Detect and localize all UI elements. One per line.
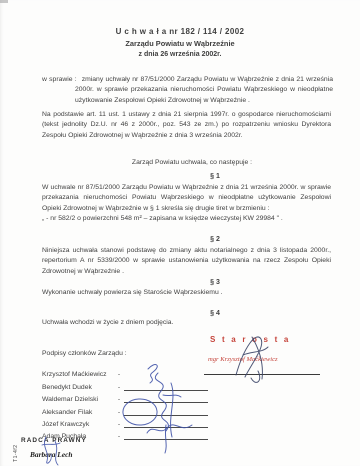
margin-reference-note: T1-4f2: [13, 445, 19, 462]
signature-line: [124, 370, 208, 378]
board-member-row: Krzysztof Maćkiewicz -: [42, 366, 212, 378]
signature-line: [124, 432, 208, 440]
dash: -: [114, 384, 124, 391]
section-2-text: Niniejsza uchwała stanowi podstawę do zm…: [42, 246, 331, 277]
dash: -: [114, 409, 124, 416]
resolution-date-title: z dnia 26 września 2002r.: [0, 51, 360, 58]
board-member-row: Benedykt Dudek -: [42, 378, 212, 390]
legal-counsel-stamp-name: Barbara Lech: [30, 450, 73, 459]
dash: -: [114, 421, 124, 428]
section-3-text: Wykonanie uchwały powierza się Staroście…: [42, 288, 331, 298]
subject-paragraph: w sprawie :zmiany uchwały nr 87/51/2000 …: [42, 75, 333, 106]
section-4-text: Uchwała wchodzi w życie z dniem podjęcia…: [42, 318, 331, 328]
board-member-name: Krzysztof Maćkiewicz: [42, 371, 114, 378]
signature-line: [124, 420, 208, 428]
issuing-body-title: Zarządu Powiatu w Wąbrzeźnie: [0, 39, 360, 48]
section-3-number: § 3: [150, 279, 280, 286]
dash: -: [114, 433, 124, 440]
dash: -: [114, 396, 124, 403]
board-member-name: Aleksander Filak: [42, 409, 114, 416]
board-member-row: Waldemar Dzielski -: [42, 391, 212, 403]
starosta-signature-line: [204, 374, 320, 375]
legal-basis-paragraph: Na podstawie art. 11 ust. 1 ustawy z dni…: [42, 110, 331, 141]
section-1-quote: „ - nr 582/2 o powierzchni 548 m² – zapi…: [42, 214, 331, 224]
signature-line: [124, 395, 208, 403]
enacting-formula: Zarząd Powiatu uchwala, co następuje :: [42, 158, 342, 168]
subject-text: zmiany uchwały nr 87/51/2000 Zarządu Pow…: [75, 76, 333, 104]
section-1-number: § 1: [150, 173, 280, 180]
board-signatures-list: Krzysztof Maćkiewicz - Benedykt Dudek - …: [42, 366, 212, 440]
signature-line: [124, 408, 208, 416]
document-header: U c h w a ł a nr 182 / 114 / 2002 Zarząd…: [0, 27, 360, 58]
legal-counsel-stamp-title: RADCA PRAWNY: [21, 437, 87, 444]
starosta-stamp-name: mgr Krzysztof Maćkiewicz: [208, 356, 278, 363]
board-member-row: Józef Krawczyk -: [42, 416, 212, 428]
board-member-name: Waldemar Dzielski: [42, 396, 114, 403]
dash: -: [114, 371, 124, 378]
signature-line: [124, 383, 208, 391]
board-member-name: Benedykt Dudek: [42, 384, 114, 391]
section-1-text: W uchwale nr 87/51/2000 Zarządu Powiatu …: [42, 183, 331, 214]
resolution-number-title: U c h w a ł a nr 182 / 114 / 2002: [0, 27, 360, 36]
board-member-name: Józef Krawczyk: [42, 421, 114, 428]
section-4-number: § 4: [150, 310, 280, 317]
scanned-resolution-document: U c h w a ł a nr 182 / 114 / 2002 Zarząd…: [0, 0, 360, 466]
subject-label: w sprawie :: [42, 76, 82, 83]
starosta-stamp-title: S t a r o s t a: [210, 335, 291, 344]
board-member-row: Aleksander Filak -: [42, 403, 212, 415]
board-signatures-heading: Podpisy członków Zarządu :: [42, 350, 127, 357]
section-2-number: § 2: [150, 236, 280, 243]
scan-artifact-speck: [0, 0, 8, 3]
